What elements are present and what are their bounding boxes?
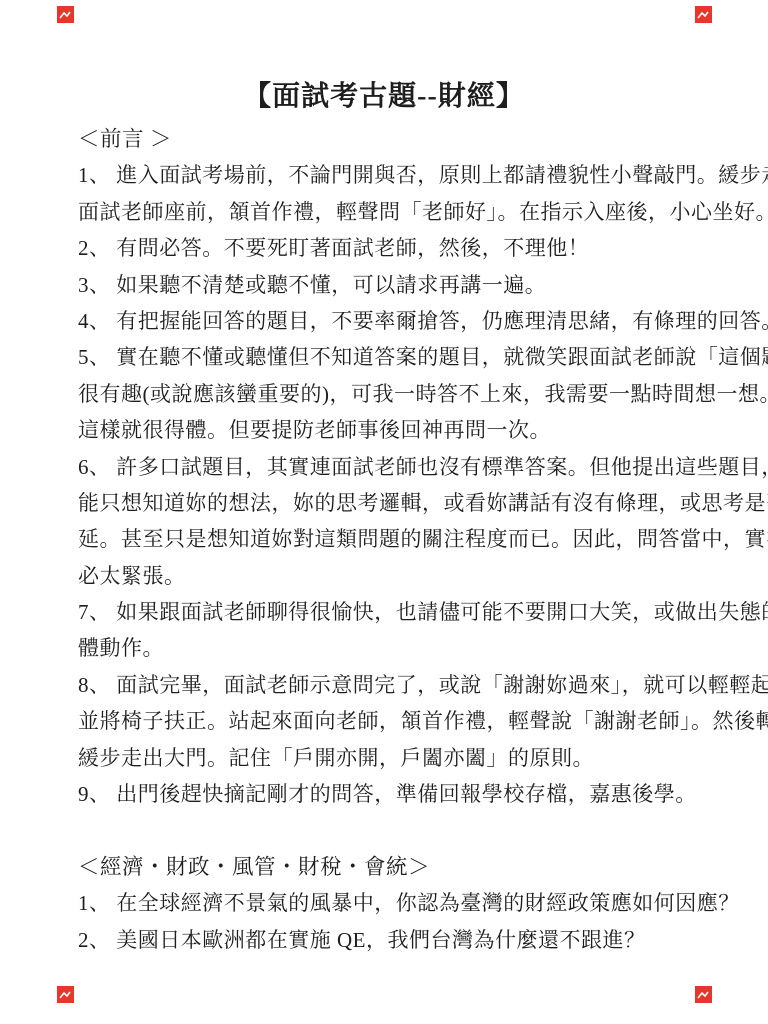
preface-line: 緩步走出大門。記住「戶開亦開，戶闔亦闔」的原則。 bbox=[78, 740, 718, 776]
preface-line: 3、 如果聽不清楚或聽不懂，可以請求再講一遍。 bbox=[78, 267, 718, 303]
blank-line bbox=[78, 812, 718, 848]
red-corner-marker-icon bbox=[57, 6, 74, 23]
preface-line: 體動作。 bbox=[78, 630, 718, 666]
preface-line: 6、 許多口試題目，其實連面試老師也沒有標準答案。但他提出這些題目，可 bbox=[78, 449, 718, 485]
preface-line: 7、 如果跟面試老師聊得很愉快，也請儘可能不要開口大笑，或做出失態的肢 bbox=[78, 594, 718, 630]
preface-line: 9、 出門後趕快摘記剛才的問答，準備回報學校存檔，嘉惠後學。 bbox=[78, 776, 718, 812]
preface-line: 1、 進入面試考場前，不論門開與否，原則上都請禮貌性小聲敲門。緩步走到 bbox=[78, 157, 718, 193]
preface-line: 必太緊張。 bbox=[78, 558, 718, 594]
document-page: 【面試考古題--財經】 ＜前言 ＞ 1、 進入面試考場前，不論門開與否，原則上都… bbox=[0, 0, 768, 1024]
red-corner-marker-icon bbox=[695, 6, 712, 23]
section-heading: ＜經濟・財政・風管・財稅・會統＞ bbox=[78, 849, 718, 885]
preface-line: 面試老師座前，頷首作禮，輕聲問「老師好」。在指示入座後，小心坐好。 bbox=[78, 194, 718, 230]
preface-line: 很有趣(或說應該蠻重要的)，可我一時答不上來，我需要一點時間想一想。」 bbox=[78, 376, 718, 412]
preface-line: 8、 面試完畢，面試老師示意問完了，或說「謝謝妳過來」，就可以輕輕起身， bbox=[78, 667, 718, 703]
preface-line: 這樣就很得體。但要提防老師事後回神再問一次。 bbox=[78, 412, 718, 448]
preface-line: 4、 有把握能回答的題目，不要率爾搶答，仍應理清思緒，有條理的回答。 bbox=[78, 303, 718, 339]
question-line: 1、 在全球經濟不景氣的風暴中，你認為臺灣的財經政策應如何因應？ bbox=[78, 885, 718, 921]
preface-heading: ＜前言 ＞ bbox=[78, 121, 718, 157]
doc-body: ＜前言 ＞ 1、 進入面試考場前，不論門開與否，原則上都請禮貌性小聲敲門。緩步走… bbox=[78, 121, 718, 958]
preface-line: 2、 有問必答。不要死盯著面試老師，然後，不理他！ bbox=[78, 230, 718, 266]
preface-line: 5、 實在聽不懂或聽懂但不知道答案的題目，就微笑跟面試老師說「這個題目 bbox=[78, 339, 718, 375]
red-corner-marker-icon bbox=[57, 986, 74, 1003]
red-corner-marker-icon bbox=[695, 986, 712, 1003]
preface-line: 能只想知道妳的想法，妳的思考邏輯，或看妳講話有沒有條理，或思考是否周 bbox=[78, 485, 718, 521]
preface-line: 並將椅子扶正。站起來面向老師，頷首作禮，輕聲說「謝謝老師」。然後轉身 bbox=[78, 703, 718, 739]
question-line: 2、 美國日本歐洲都在實施 QE，我們台灣為什麼還不跟進？ bbox=[78, 922, 718, 958]
preface-line: 延。甚至只是想知道妳對這類問題的關注程度而已。因此，問答當中，實在不 bbox=[78, 521, 718, 557]
doc-title: 【面試考古題--財經】 bbox=[0, 74, 768, 114]
